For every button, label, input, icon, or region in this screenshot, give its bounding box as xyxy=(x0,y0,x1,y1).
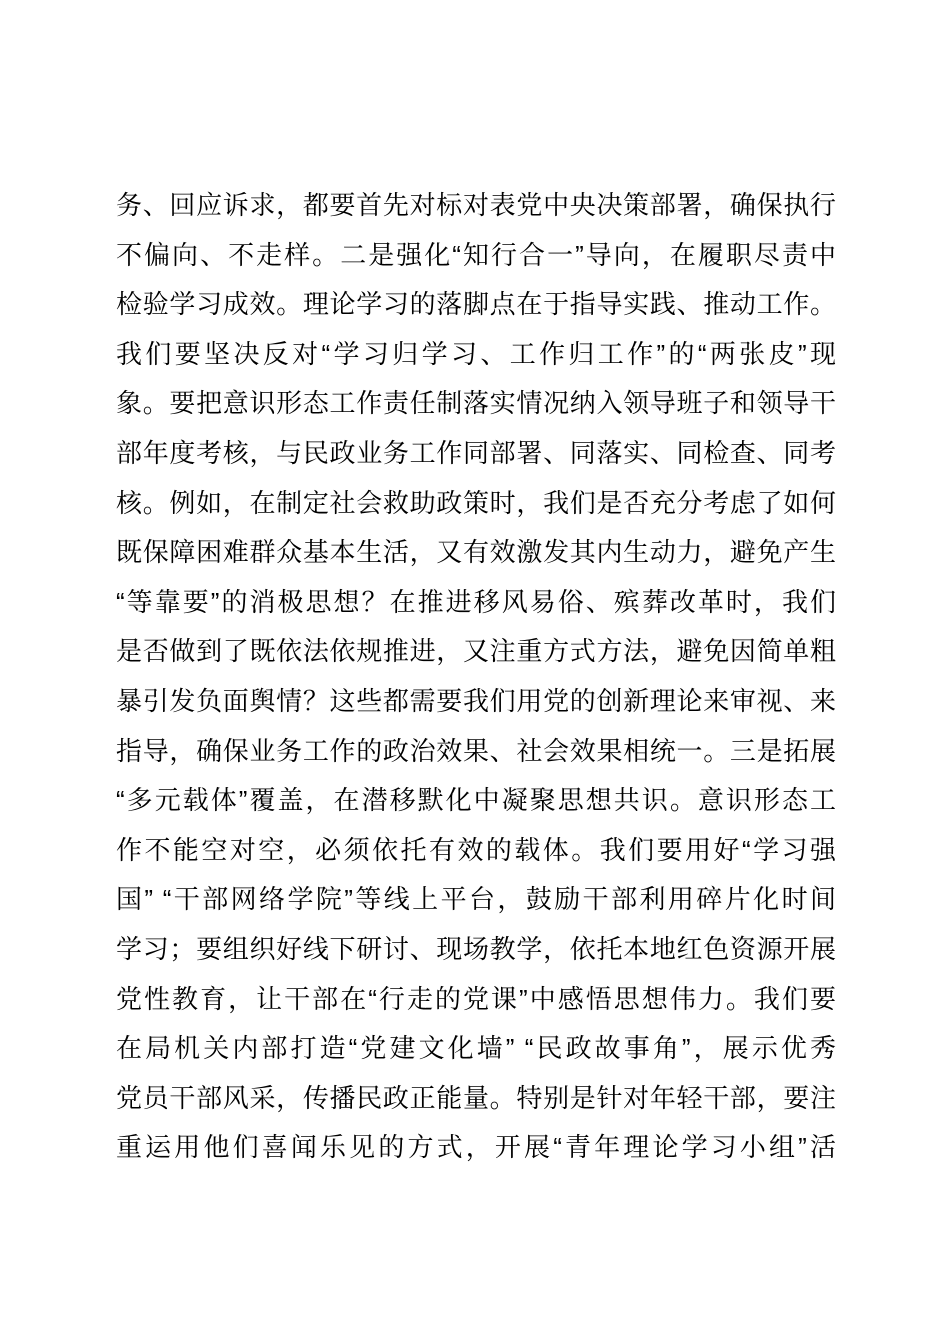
text-line-11: 暴引发负面舆情？这些都需要我们用党的创新理论来审视、来 xyxy=(116,677,836,727)
text-line-18: 在局机关内部打造“党建文化墙” “民政故事角”，展示优秀 xyxy=(116,1024,836,1074)
text-line-7: 核。例如，在制定社会救助政策时，我们是否充分考虑了如何 xyxy=(116,479,836,529)
text-line-6: 部年度考核，与民政业务工作同部署、同落实、同检查、同考 xyxy=(116,429,836,479)
text-line-1: 务、回应诉求，都要首先对标对表党中央决策部署，确保执行 xyxy=(116,181,836,231)
text-line-10: 是否做到了既依法依规推进，又注重方式方法，避免因简单粗 xyxy=(116,627,836,677)
text-line-4: 我们要坚决反对“学习归学习、工作归工作”的“两张皮”现 xyxy=(116,330,836,380)
text-line-12: 指导，确保业务工作的政治效果、社会效果相统一。三是拓展 xyxy=(116,727,836,777)
document-page: 务、回应诉求，都要首先对标对表党中央决策部署，确保执行 不偏向、不走样。二是强化… xyxy=(0,0,950,1344)
text-line-20: 重运用他们喜闻乐见的方式，开展“青年理论学习小组”活 xyxy=(116,1123,836,1173)
text-line-9: “等靠要”的消极思想？在推进移风易俗、殡葬改革时，我们 xyxy=(116,578,836,628)
text-line-13: “多元载体”覆盖，在潜移默化中凝聚思想共识。意识形态工 xyxy=(116,776,836,826)
text-line-5: 象。要把意识形态工作责任制落实情况纳入领导班子和领导干 xyxy=(116,379,836,429)
text-line-16: 学习；要组织好线下研讨、现场教学，依托本地红色资源开展 xyxy=(116,925,836,975)
text-line-19: 党员干部风采，传播民政正能量。特别是针对年轻干部，要注 xyxy=(116,1074,836,1124)
text-line-3: 检验学习成效。理论学习的落脚点在于指导实践、推动工作。 xyxy=(116,280,836,330)
text-line-8: 既保障困难群众基本生活，又有效激发其内生动力，避免产生 xyxy=(116,528,836,578)
document-text-block: 务、回应诉求，都要首先对标对表党中央决策部署，确保执行 不偏向、不走样。二是强化… xyxy=(116,181,836,1173)
text-line-2: 不偏向、不走样。二是强化“知行合一”导向，在履职尽责中 xyxy=(116,231,836,281)
text-line-15: 国” “干部网络学院”等线上平台，鼓励干部利用碎片化时间 xyxy=(116,875,836,925)
text-line-14: 作不能空对空，必须依托有效的载体。我们要用好“学习强 xyxy=(116,826,836,876)
text-line-17: 党性教育，让干部在“行走的党课”中感悟思想伟力。我们要 xyxy=(116,975,836,1025)
